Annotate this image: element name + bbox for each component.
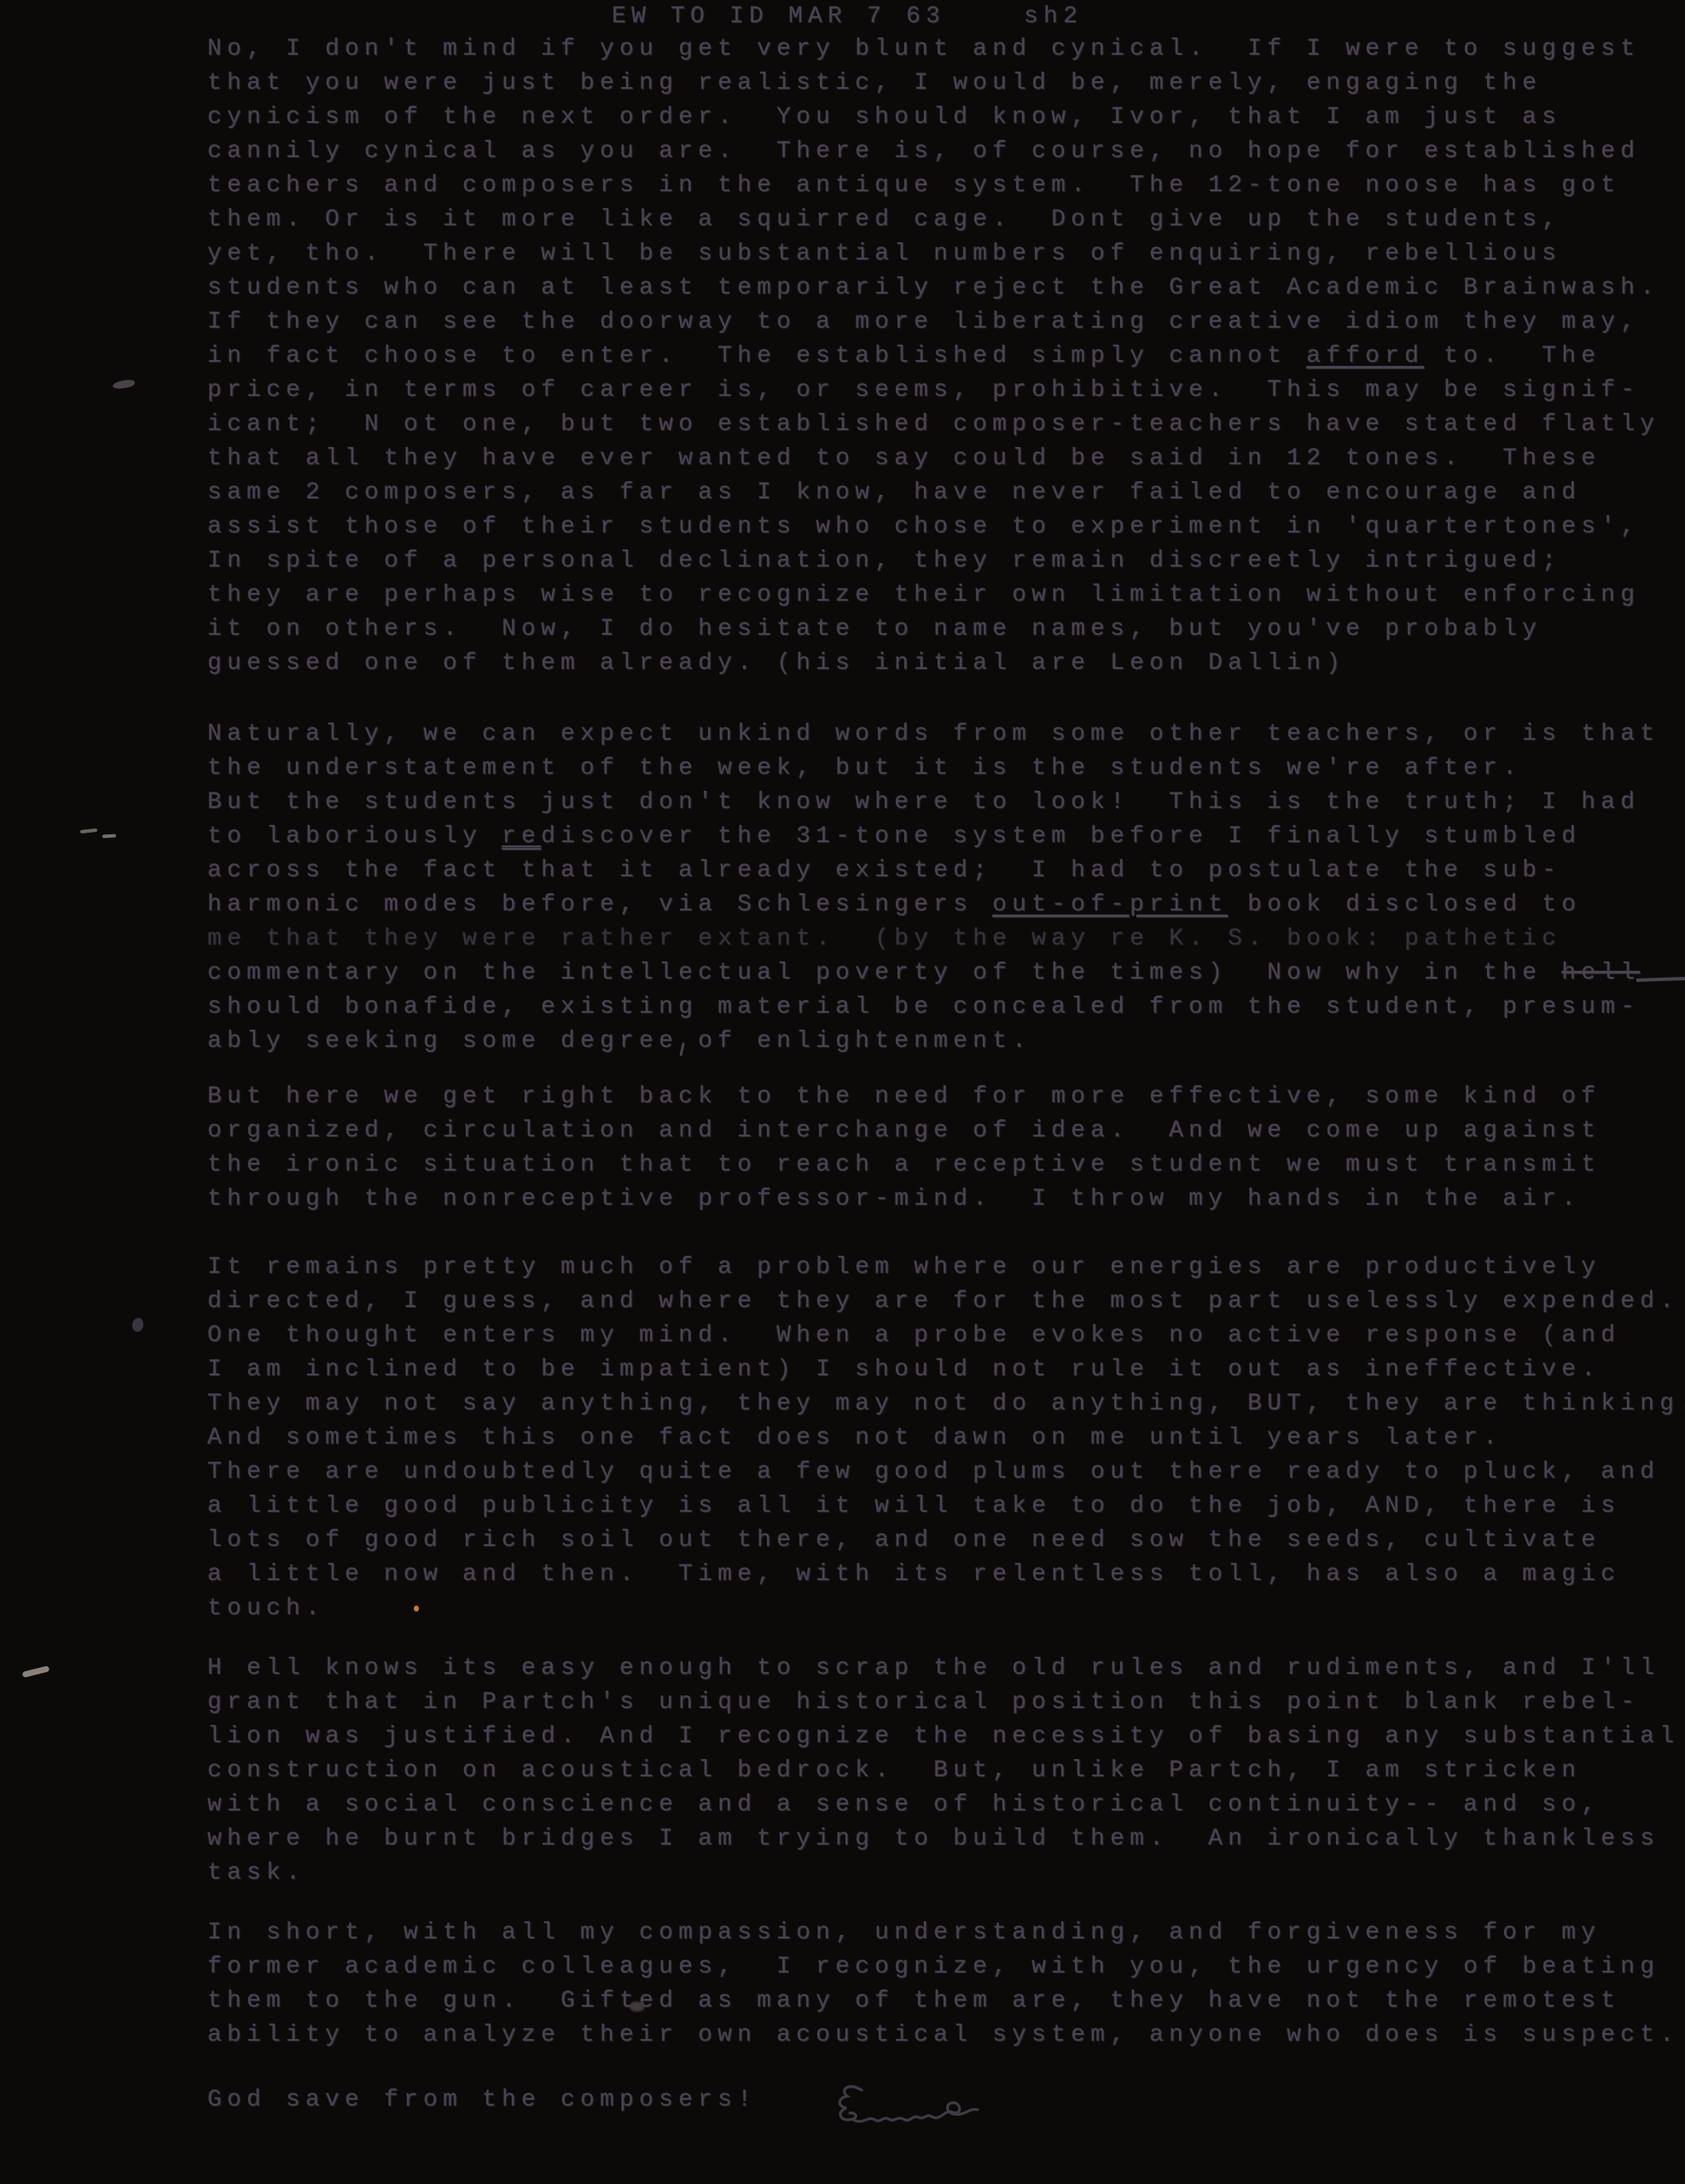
text-line: guessed one of them already. (his initia…	[207, 647, 1659, 681]
text-line: In spite of a personal declination, they…	[207, 544, 1659, 578]
text-line: lots of good rich soil out there, and on…	[207, 1524, 1685, 1558]
paragraph-4: It remains pretty much of a problem wher…	[207, 1251, 1685, 1626]
paragraph-3: But here we get right back to the need f…	[207, 1080, 1601, 1217]
text-line: Naturally, we can expect unkind words fr…	[207, 717, 1659, 752]
text-line: grant that in Partch's unique historical…	[207, 1686, 1679, 1720]
text-line: ability to analyze their own acoustical …	[207, 2018, 1679, 2053]
text-line: same 2 composers, as far as I know, have…	[207, 476, 1659, 510]
text-line: In short, with all my compassion, unders…	[207, 1916, 1679, 1950]
text-line: in fact choose to enter. The established…	[207, 340, 1659, 374]
text-line: I am inclined to be impatient) I should …	[207, 1353, 1685, 1387]
text-line: the ironic situation that to reach a rec…	[207, 1148, 1601, 1182]
text-line: teachers and composers in the antique sy…	[207, 169, 1659, 203]
text-line: they are perhaps wise to recognize their…	[207, 578, 1659, 613]
text-line: No, I don't mind if you get very blunt a…	[207, 32, 1659, 67]
text-line: that all they have ever wanted to say co…	[207, 442, 1659, 476]
text-line: One thought enters my mind. When a probe…	[207, 1319, 1685, 1353]
signature-scrawl	[836, 2078, 998, 2138]
text-line: to laboriously rediscover the 31-tone sy…	[207, 820, 1659, 854]
text-line: It remains pretty much of a problem wher…	[207, 1251, 1685, 1285]
text-line: with a social conscience and a sense of …	[207, 1788, 1679, 1822]
text-line: commentary on the intellectual poverty o…	[207, 956, 1659, 990]
text-line: a little good publicity is all it will t…	[207, 1490, 1685, 1524]
text-line: yet, tho. There will be substantial numb…	[207, 237, 1659, 271]
text-line: There are undoubtedly quite a few good p…	[207, 1455, 1685, 1490]
text-line: cannily cynical as you are. There is, of…	[207, 135, 1659, 169]
text-line: directed, I guess, and where they are fo…	[207, 1285, 1685, 1319]
text-line: me that they were rather extant. (by the…	[207, 922, 1659, 956]
text-line: students who can at least temporarily re…	[207, 271, 1659, 305]
text-line: EW TO ID MAR 7 63 sh2	[612, 0, 1083, 34]
text-line: the understatement of the week, but it i…	[207, 752, 1659, 786]
text-line: them to the gun. Gifted as many of them …	[207, 1984, 1679, 2018]
text-line: that you were just being realistic, I wo…	[207, 67, 1659, 101]
text-line: former academic colleagues, I recognize,…	[207, 1950, 1679, 1984]
text-line: harmonic modes before, via Schlesingers …	[207, 888, 1659, 922]
paragraph-5: H ell knows its easy enough to scrap the…	[207, 1652, 1679, 1891]
paragraph-1: No, I don't mind if you get very blunt a…	[207, 32, 1659, 681]
text-line: ably seeking some degree of enlightenmen…	[207, 1025, 1659, 1059]
text-line: cynicism of the next order. You should k…	[207, 101, 1659, 135]
text-line: across the fact that it already existed;…	[207, 854, 1659, 888]
text-line: If they can see the doorway to a more li…	[207, 305, 1659, 340]
text-line: them. Or is it more like a squirred cage…	[207, 203, 1659, 237]
text-line: through the nonreceptive professor-mind.…	[207, 1182, 1601, 1217]
text-line: task.	[207, 1856, 1679, 1891]
paragraph-2: Naturally, we can expect unkind words fr…	[207, 717, 1659, 1059]
paragraph-6: In short, with all my compassion, unders…	[207, 1916, 1679, 2053]
header-line: EW TO ID MAR 7 63 sh2	[612, 0, 1083, 34]
text-line: assist those of their students who chose…	[207, 510, 1659, 544]
text-line: But here we get right back to the need f…	[207, 1080, 1601, 1114]
text-line: price, in terms of career is, or seems, …	[207, 374, 1659, 408]
text-line: should bonafide, existing material be co…	[207, 990, 1659, 1025]
text-line: H ell knows its easy enough to scrap the…	[207, 1652, 1679, 1686]
text-line: construction on acoustical bedrock. But,…	[207, 1754, 1679, 1788]
ink-blot	[132, 1318, 143, 1332]
ink-smudge	[630, 2001, 644, 2012]
text-line: But the students just don't know where t…	[207, 786, 1659, 820]
text-line: They may not say anything, they may not …	[207, 1387, 1685, 1421]
orange-speck	[414, 1606, 419, 1612]
text-line: touch.	[207, 1592, 1685, 1626]
text-line: icant; N ot one, but two established com…	[207, 408, 1659, 442]
scanned-letter-page: EW TO ID MAR 7 63 sh2No, I don't mind if…	[0, 0, 1685, 2184]
text-line: And sometimes this one fact does not daw…	[207, 1421, 1685, 1455]
text-line: where he burnt bridges I am trying to bu…	[207, 1822, 1679, 1856]
text-line: a little now and then. Time, with its re…	[207, 1558, 1685, 1592]
text-line: organized, circulation and interchange o…	[207, 1114, 1601, 1148]
text-line: it on others. Now, I do hesitate to name…	[207, 613, 1659, 647]
text-line: lion was justified. And I recognize the …	[207, 1720, 1679, 1754]
letter-body: EW TO ID MAR 7 63 sh2No, I don't mind if…	[0, 0, 1685, 2184]
